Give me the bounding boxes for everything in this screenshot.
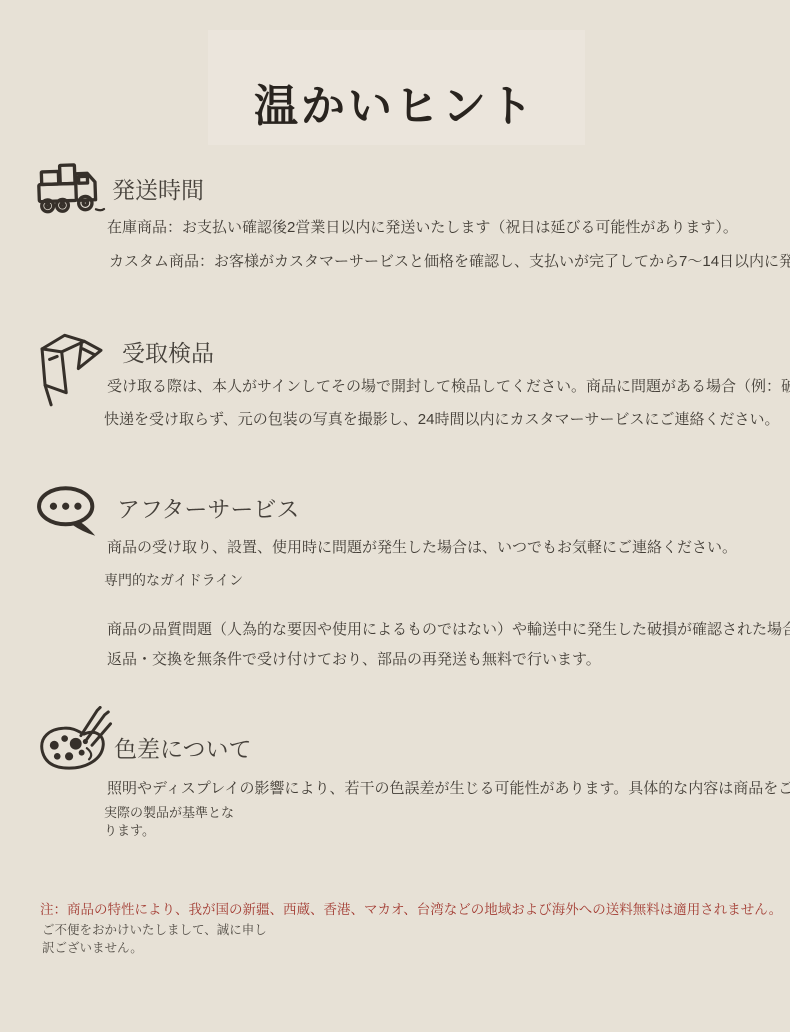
color-difference-line-2: 実際の製品が基準とな [104, 805, 234, 821]
color-difference-line-3: ります。 [104, 823, 155, 839]
inspection-line-1: 受け取る際は、本人がサインしてその場で開封して検品してください。商品に問題がある… [107, 378, 790, 396]
section-title-inspection: 受取検品 [122, 341, 214, 366]
after-service-line-2: 専門的なガイドライン [104, 572, 243, 589]
open-box-icon [36, 326, 104, 408]
warm-hints-panel: 温かいヒント 発送時間 在庫商品：お支払い確認後2営業日以内に発送いたします（祝… [0, 0, 790, 1032]
after-service-line-1: 商品の受け取り、設置、使用時に問題が発生した場合は、いつでもお気軽にご連絡くださ… [107, 539, 737, 557]
after-service-line-3: 商品の品質問題（人為的な要因や使用によるものではない）や輸送中に発生した破損が確… [107, 621, 790, 639]
after-service-line-4: 返品・交換を無条件で受け付けており、部品の再発送も無料で行います。 [107, 651, 601, 669]
delivery-truck-icon [33, 161, 107, 215]
chat-bubble-icon [34, 483, 106, 541]
section-title-color-difference: 色差について [114, 737, 252, 762]
color-difference-line-1: 照明やディスプレイの影響により、若干の色誤差が生じる可能性があります。具体的な内… [107, 780, 790, 798]
paint-palette-icon [35, 706, 115, 780]
section-title-after-service: アフターサービス [117, 497, 299, 522]
apology-line-2: 訳ございません。 [42, 938, 143, 956]
shipping-restriction-note: 注：商品の特性により、我が国の新疆、西蔵、香港、マカオ、台湾などの地域および海外… [40, 898, 782, 918]
shipping-line-1: 在庫商品：お支払い確認後2営業日以内に発送いたします（祝日は延びる可能性がありま… [107, 219, 738, 237]
inspection-line-2: 快递を受け取らず、元の包装の写真を撮影し、24時間以内にカスタマーサービスにご連… [104, 411, 780, 429]
shipping-line-2: カスタム商品：お客様がカスタマーサービスと価格を確認し、支払いが完了してから7～… [109, 253, 790, 271]
page-title: 温かいヒント [0, 70, 790, 134]
section-title-shipping: 発送時間 [112, 178, 204, 203]
apology-line-1: ご不便をおかけいたしまして、誠に申し [42, 920, 267, 938]
